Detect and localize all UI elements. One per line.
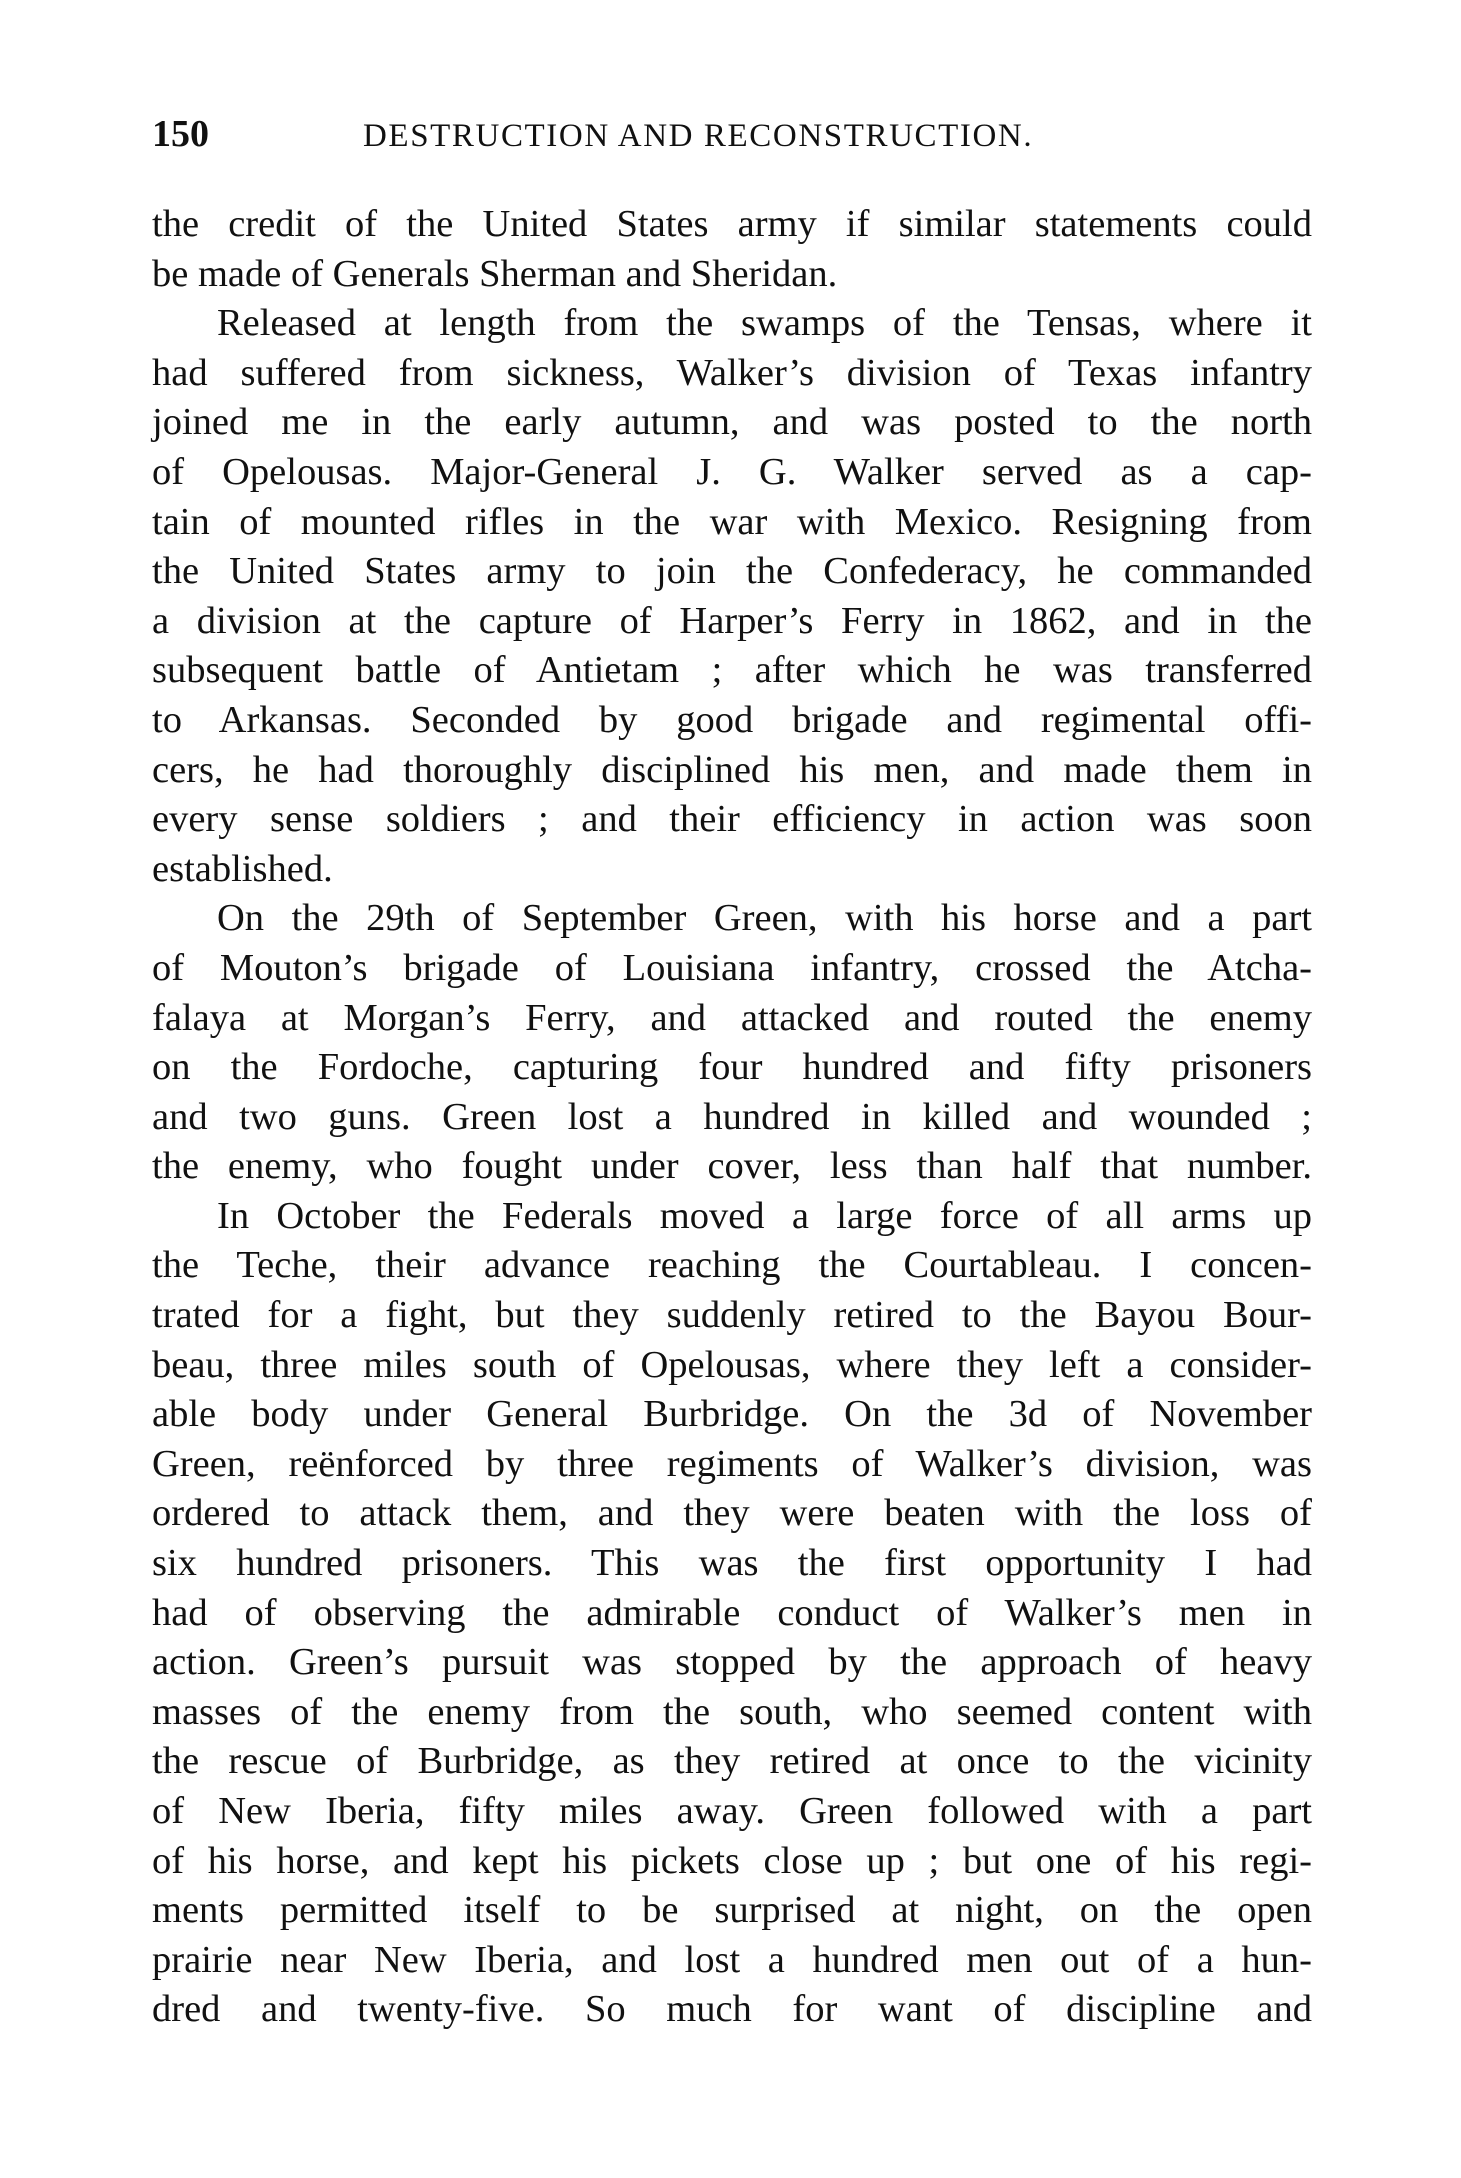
text-line: beau, three miles south of Opelousas, wh… [152, 1341, 1312, 1391]
text-line: subsequent battle of Antietam ; after wh… [152, 646, 1312, 696]
text-line: trated for a fight, but they suddenly re… [152, 1291, 1312, 1341]
running-title: DESTRUCTION AND RECONSTRUCTION. [363, 114, 1103, 158]
text-line: action. Green’s pursuit was stopped by t… [152, 1638, 1312, 1688]
text-line: of his horse, and kept his pickets close… [152, 1837, 1312, 1887]
text-line: on the Fordoche, capturing four hundred … [152, 1043, 1312, 1093]
text-line: of New Iberia, fifty miles away. Green f… [152, 1787, 1312, 1837]
text-line: and two guns. Green lost a hundred in ki… [152, 1093, 1312, 1143]
text-line: of Opelousas. Major-General J. G. Walker… [152, 448, 1312, 498]
text-line: cers, he had thoroughly disciplined his … [152, 746, 1312, 796]
text-line: had of observing the admirable conduct o… [152, 1589, 1312, 1639]
running-head: 150 DESTRUCTION AND RECONSTRUCTION. [152, 112, 1312, 156]
text-line-paragraph-end: the enemy, who fought under cover, less … [152, 1142, 1312, 1192]
text-line: Green, reënforced by three regiments of … [152, 1440, 1312, 1490]
text-line: of Mouton’s brigade of Louisiana infantr… [152, 944, 1312, 994]
text-line: able body under General Burbridge. On th… [152, 1390, 1312, 1440]
page-number: 150 [152, 112, 209, 156]
text-line-paragraph-end: established. [152, 845, 1312, 895]
text-line: the Teche, their advance reaching the Co… [152, 1241, 1312, 1291]
text-line: ordered to attack them, and they were be… [152, 1489, 1312, 1539]
text-line: a division at the capture of Harper’s Fe… [152, 597, 1312, 647]
text-line: the rescue of Burbridge, as they retired… [152, 1737, 1312, 1787]
text-line-paragraph-end: be made of Generals Sherman and Sheridan… [152, 250, 1312, 300]
text-line: to Arkansas. Seconded by good brigade an… [152, 696, 1312, 746]
text-line: had suffered from sickness, Walker’s div… [152, 349, 1312, 399]
text-line: masses of the enemy from the south, who … [152, 1688, 1312, 1738]
text-line: the United States army to join the Confe… [152, 547, 1312, 597]
text-line: the credit of the United States army if … [152, 200, 1312, 250]
text-line: falaya at Morgan’s Ferry, and attacked a… [152, 994, 1312, 1044]
text-line-paragraph-start: On the 29th of September Green, with his… [152, 894, 1312, 944]
text-line: dred and twenty-five. So much for want o… [152, 1985, 1312, 2035]
text-line-paragraph-start: In October the Federals moved a large fo… [152, 1192, 1312, 1242]
body-text: the credit of the United States army if … [152, 200, 1312, 2035]
text-line: tain of mounted rifles in the war with M… [152, 498, 1312, 548]
text-line: prairie near New Iberia, and lost a hund… [152, 1936, 1312, 1986]
text-line: six hundred prisoners. This was the firs… [152, 1539, 1312, 1589]
text-line: joined me in the early autumn, and was p… [152, 398, 1312, 448]
text-line: every sense soldiers ; and their efficie… [152, 795, 1312, 845]
text-line: ments permitted itself to be surprised a… [152, 1886, 1312, 1936]
text-line-paragraph-start: Released at length from the swamps of th… [152, 299, 1312, 349]
book-page: 150 DESTRUCTION AND RECONSTRUCTION. the … [0, 0, 1461, 2178]
